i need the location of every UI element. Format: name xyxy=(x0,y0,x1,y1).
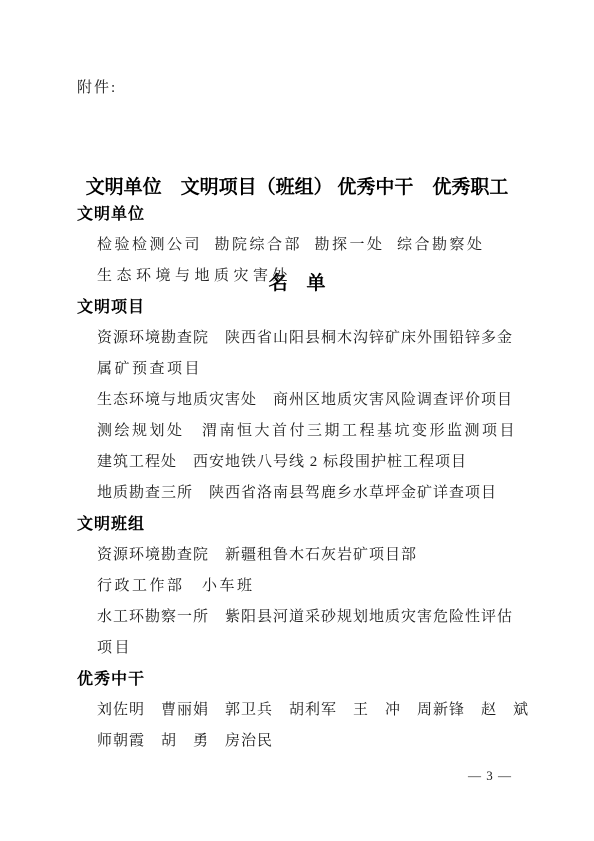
list-line: 测绘规划处 渭南恒大首付三期工程基坑变形监测项目 xyxy=(77,416,577,447)
list-line: 地质勘查三所 陕西省洛南县驾鹿乡水草坪金矿详查项目 xyxy=(77,478,577,509)
list-line: 建筑工程处 西安地铁八号线 2 标段围护桩工程项目 xyxy=(77,447,577,478)
list-line: 检验检测公司 勘院综合部 勘探一处 综合勘察处 xyxy=(77,230,577,261)
document-body: 文明单位 检验检测公司 勘院综合部 勘探一处 综合勘察处 生态环境与地质灾害处 … xyxy=(77,199,577,757)
section-heading-outstanding-middle-cadres: 优秀中干 xyxy=(77,664,577,695)
list-line: 行政工作部 小车班 xyxy=(77,571,577,602)
page-number: — 3 — xyxy=(430,768,550,784)
list-line: 刘佐明 曹丽娟 郭卫兵 胡利军 王 冲 周新锋 赵 斌 xyxy=(77,695,577,726)
section-heading-civilized-teams: 文明班组 xyxy=(77,509,577,540)
list-line: 生态环境与地质灾害处 商州区地质灾害风险调查评价项目 xyxy=(77,385,577,416)
section-heading-civilized-units: 文明单位 xyxy=(77,199,577,230)
list-line: 资源环境勘查院 陕西省山阳县桐木沟锌矿床外围铅锌多金 xyxy=(77,323,577,354)
list-line: 项目 xyxy=(77,633,577,664)
list-line: 师朝霞 胡 勇 房治民 xyxy=(77,726,577,757)
section-heading-civilized-projects: 文明项目 xyxy=(77,292,577,323)
list-line: 属矿预查项目 xyxy=(77,354,577,385)
list-line: 水工环勘察一所 紫阳县河道采砂规划地质灾害危险性评估 xyxy=(77,602,577,633)
list-line: 资源环境勘查院 新疆租鲁木石灰岩矿项目部 xyxy=(77,540,577,571)
list-line: 生态环境与地质灾害处 xyxy=(77,261,577,292)
attachment-label: 附件: xyxy=(77,76,117,97)
